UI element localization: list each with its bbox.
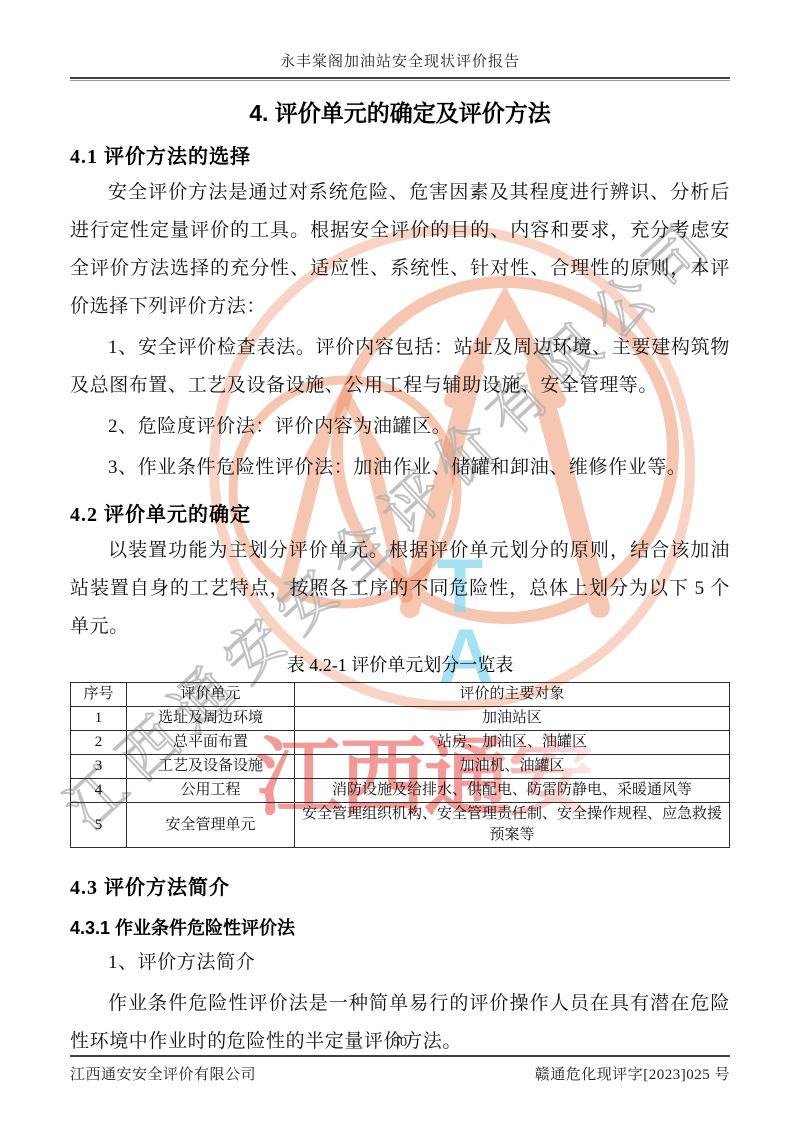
table-row: 2 总平面布置 站房、加油区、油罐区	[71, 731, 730, 755]
cell-object: 消防设施及给排水、供配电、防雷防静电、采暖通风等	[295, 779, 730, 803]
table-row: 5 安全管理单元 安全管理组织机构、安全管理责任制、安全操作规程、应急救援预案等	[71, 803, 730, 848]
list-item-2: 2、危险度评价法：评价内容为油罐区。	[70, 408, 730, 446]
table-row: 3 工艺及设备设施 加油机、油罐区	[71, 755, 730, 779]
list-item-1: 1、安全评价检查表法。评价内容包括：站址及周边环境、主要建构筑物及总图布置、工艺…	[70, 329, 730, 405]
cell-no: 3	[71, 755, 127, 779]
chapter-title: 4. 评价单元的确定及评价方法	[70, 97, 730, 129]
cell-no: 1	[71, 707, 127, 731]
list-item-3: 3、作业条件危险性评价法：加油作业、储罐和卸油、维修作业等。	[70, 449, 730, 487]
cell-unit: 公用工程	[127, 779, 295, 803]
cell-unit: 总平面布置	[127, 731, 295, 755]
paragraph-4-2: 以装置功能为主划分评价单元。根据评价单元划分的原则，结合该加油站装置自身的工艺特…	[70, 532, 730, 646]
cell-object: 安全管理组织机构、安全管理责任制、安全操作规程、应急救援预案等	[295, 803, 730, 848]
header-rule-shadow	[70, 80, 730, 81]
footer-document-number: 赣通危化现评字[2023]025 号	[535, 1063, 730, 1084]
evaluation-units-table: 序号 评价单元 评价的主要对象 1 选址及周边环境 加油站区 2 总平面布置 站…	[70, 682, 730, 848]
table-row: 4 公用工程 消防设施及给排水、供配电、防雷防静电、采暖通风等	[71, 779, 730, 803]
page-footer: 50 江西通安安全评价有限公司 赣通危化现评字[2023]025 号	[70, 1035, 730, 1084]
heading-4-3: 4.3 评价方法简介	[70, 874, 730, 902]
table-header-row: 序号 评价单元 评价的主要对象	[71, 683, 730, 707]
cell-object: 加油机、油罐区	[295, 755, 730, 779]
heading-4-1: 4.1 评价方法的选择	[70, 143, 730, 171]
cell-unit: 工艺及设备设施	[127, 755, 295, 779]
footer-company: 江西通安安全评价有限公司	[70, 1063, 256, 1084]
table-row: 1 选址及周边环境 加油站区	[71, 707, 730, 731]
cell-object: 加油站区	[295, 707, 730, 731]
list-intro: 1、评价方法简介	[70, 944, 730, 982]
cell-no: 2	[71, 731, 127, 755]
cell-unit: 安全管理单元	[127, 803, 295, 848]
document-content: 永丰棠阁加油站安全现状评价报告 4. 评价单元的确定及评价方法 4.1 评价方法…	[0, 0, 800, 1061]
cell-object: 站房、加油区、油罐区	[295, 731, 730, 755]
page-header: 永丰棠阁加油站安全现状评价报告	[70, 50, 730, 81]
document-page: T A 江西通安安全评价有限公司 江西通安 永丰棠阁加油站安全现状评价报告 4.…	[0, 0, 800, 1131]
column-header-unit: 评价单元	[127, 683, 295, 707]
table-caption: 表 4.2-1 评价单元划分一览表	[70, 652, 730, 678]
page-number: 50	[70, 1035, 730, 1051]
paragraph-4-1: 安全评价方法是通过对系统危险、危害因素及其程度进行辨识、分析后进行定性定量评价的…	[70, 174, 730, 326]
heading-4-2: 4.2 评价单元的确定	[70, 501, 730, 529]
cell-no: 4	[71, 779, 127, 803]
cell-unit: 选址及周边环境	[127, 707, 295, 731]
heading-4-3-1: 4.3.1 作业条件危险性评价法	[70, 915, 730, 941]
header-rule	[70, 77, 730, 79]
column-header-no: 序号	[71, 683, 127, 707]
footer-rule	[70, 1055, 730, 1057]
column-header-object: 评价的主要对象	[295, 683, 730, 707]
header-title: 永丰棠阁加油站安全现状评价报告	[70, 50, 730, 71]
cell-no: 5	[71, 803, 127, 848]
